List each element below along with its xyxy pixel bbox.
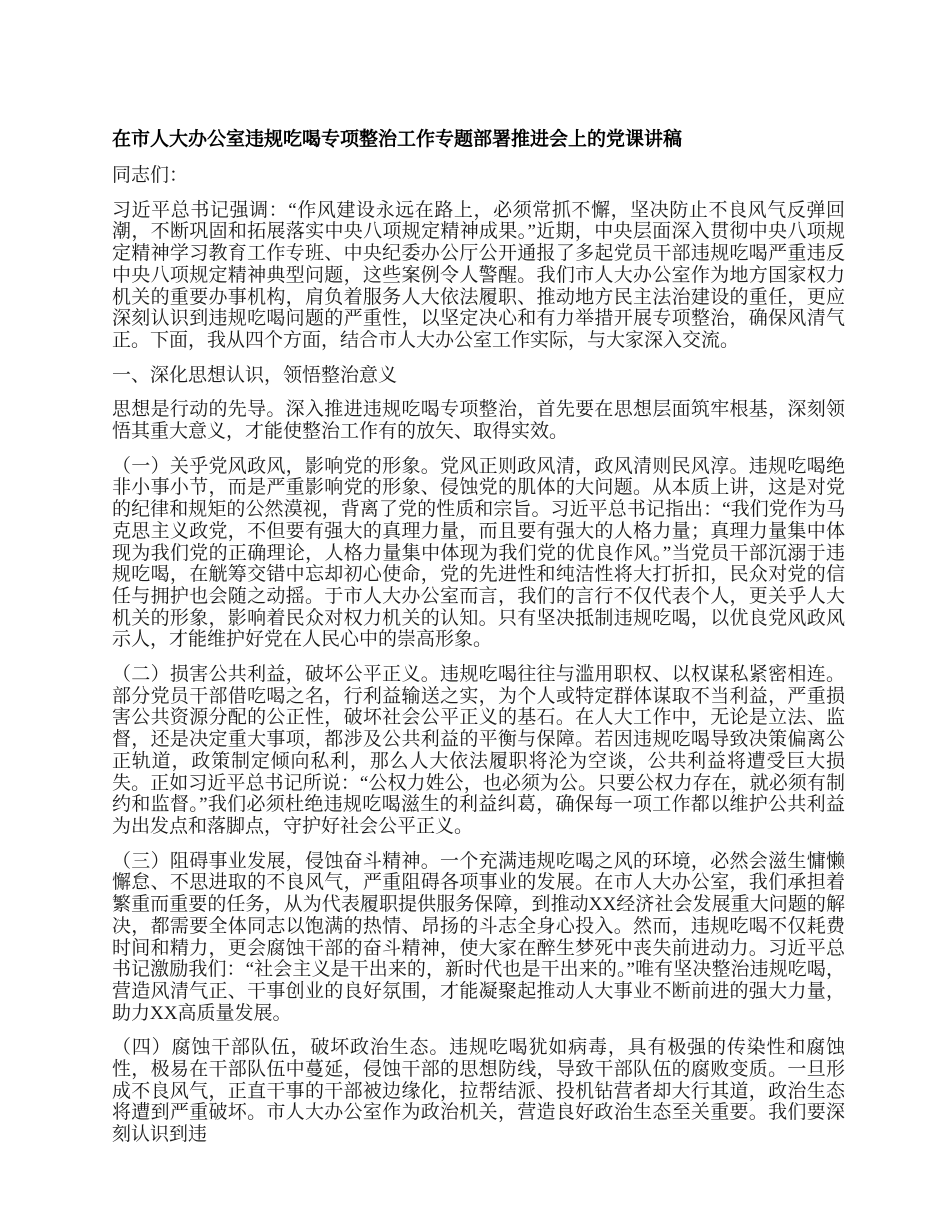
intro-paragraph: 习近平总书记强调：“作风建设永远在路上，必须常抓不懈，坚决防止不良风气反弹回潮，…	[112, 200, 845, 352]
document-title: 在市人大办公室违规吃喝专项整治工作专题部署推进会上的党课讲稿	[112, 129, 845, 151]
section-1-point-1: （一）关乎党风政风，影响党的形象。党风正则政风清，政风清则民风淳。违规吃喝绝非小…	[112, 456, 845, 651]
section-1-point-3: （三）阻碍事业发展，侵蚀奋斗精神。一个充满违规吃喝之风的环境，必然会滋生慵懒懈怠…	[112, 851, 845, 1025]
section-1-lead: 思想是行动的先导。深入推进违规吃喝专项整治，首先要在思想层面筑牢根基，深刻领悟其…	[112, 399, 845, 442]
document-page: 在市人大办公室违规吃喝专项整治工作专题部署推进会上的党课讲稿 同志们： 习近平总…	[0, 0, 950, 1230]
section-1-point-2: （二）损害公共利益，破坏公平正义。违规吃喝往往与滥用职权、以权谋私紧密相连。部分…	[112, 664, 845, 838]
section-1-point-4: （四）腐蚀干部队伍，破坏政治生态。违规吃喝犹如病毒，具有极强的传染性和腐蚀性，极…	[112, 1037, 845, 1146]
section-1-heading: 一、深化思想认识，领悟整治意义	[112, 365, 845, 387]
salutation: 同志们：	[112, 165, 845, 187]
